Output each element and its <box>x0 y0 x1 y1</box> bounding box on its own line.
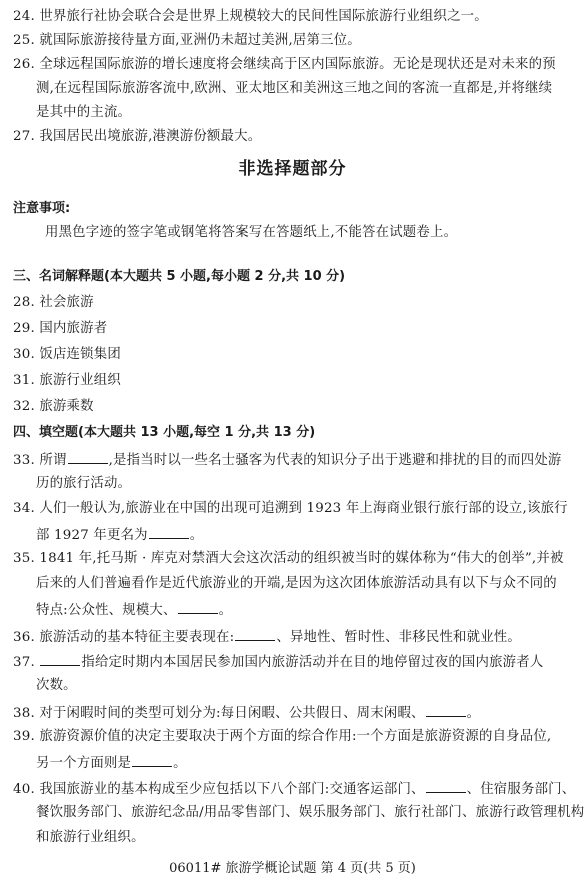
question-number: 25. <box>13 33 35 48</box>
question-text: 、住宿服务部门、 <box>467 782 576 797</box>
question-number: 28. <box>13 295 35 310</box>
question-26: 26. 全球远程国际旅游的增长速度将会继续高于区内国际旅游。无论是现状还是对未来… <box>13 56 556 74</box>
answer-blank <box>68 450 108 464</box>
question-text: 、异地性、暂时性、非移民性和就业性。 <box>276 630 521 645</box>
question-35: 35. 1841 年,托马斯 · 库克对禁酒大会这次活动的组织被当时的媒体称为“… <box>13 550 564 568</box>
question-36: 36. 旅游活动的基本特征主要表现在:、异地性、暂时性、非移民性和就业性。 <box>13 627 521 647</box>
question-text: 饭店连锁集团 <box>39 347 121 362</box>
answer-blank <box>426 779 466 793</box>
question-text: 旅游活动的基本特征主要表现在: <box>39 630 234 645</box>
question-34-line2: 部 1927 年更名为。 <box>36 525 203 545</box>
question-number: 33. <box>13 453 35 468</box>
question-35-line3: 特点:公众性、规模大、。 <box>36 600 232 620</box>
question-33-line2: 历的旅行活动。 <box>36 475 131 493</box>
question-26-line2: 测,在远程国际旅游客流中,欧洲、亚太地区和美洲这三地之间的客流一直都是,并将继续 <box>36 80 552 98</box>
question-39-line2: 另一个方面则是。 <box>36 753 187 773</box>
question-text: 特点:公众性、规模大、 <box>36 603 177 618</box>
answer-blank <box>235 627 275 641</box>
question-30: 30. 饭店连锁集团 <box>13 346 121 364</box>
question-number: 26. <box>13 57 35 72</box>
question-text: 旅游行业组织 <box>39 373 121 388</box>
question-text: 全球远程国际旅游的增长速度将会继续高于区内国际旅游。无论是现状还是对未来的预 <box>39 57 555 72</box>
question-text: 所谓 <box>39 453 66 468</box>
question-32: 32. 旅游乘数 <box>13 398 94 416</box>
question-35-line2: 后来的人们普遍看作是近代旅游业的开端,是因为这次团体旅游活动具有以下与众不同的 <box>36 575 557 593</box>
question-text: 。 <box>467 706 481 721</box>
section-4-title: 四、填空题(本大题共 13 小题,每空 1 分,共 13 分) <box>13 424 315 442</box>
question-40-line3: 和旅游行业组织。 <box>36 829 145 847</box>
question-text: 世界旅行社协会联合会是世界上规模较大的民间性国际旅游行业组织之一。 <box>39 9 488 24</box>
question-text: 指给定时期内本国居民参加国内旅游活动并在目的地停留过夜的国内旅游者人 <box>81 655 543 670</box>
question-27: 27. 我国居民出境旅游,港澳游份额最大。 <box>13 128 261 146</box>
question-number: 29. <box>13 321 35 336</box>
question-text: 。 <box>190 528 204 543</box>
question-text: 。 <box>173 756 187 771</box>
question-number: 35. <box>13 551 35 566</box>
question-number: 37. <box>13 655 35 670</box>
question-38: 38. 对于闲暇时间的类型可划分为:每日闲暇、公共假日、周末闲暇、。 <box>13 703 480 723</box>
question-33: 33. 所谓,是指当时以一些名士骚客为代表的知识分子出于逃避和排扰的目的而四处游 <box>13 450 562 470</box>
question-text: 人们一般认为,旅游业在中国的出现可追溯到 1923 年上海商业银行旅行部的设立,… <box>39 501 567 516</box>
question-40: 40. 我国旅游业的基本构成至少应包括以下八个部门:交通客运部门、、住宿服务部门… <box>13 779 575 799</box>
question-text: 。 <box>219 603 233 618</box>
question-number: 27. <box>13 129 35 144</box>
question-text: 部 1927 年更名为 <box>36 528 148 543</box>
question-number: 36. <box>13 630 35 645</box>
question-25: 25. 就国际旅游接待量方面,亚洲仍未超过美洲,居第三位。 <box>13 32 361 50</box>
question-28: 28. 社会旅游 <box>13 294 94 312</box>
question-29: 29. 国内旅游者 <box>13 320 107 338</box>
question-number: 32. <box>13 399 35 414</box>
part-heading: 非选择题部分 <box>0 158 585 180</box>
notice-body: 用黑色字迹的签字笔或钢笔将答案写在答题纸上,不能答在试题卷上。 <box>45 224 457 242</box>
question-text: 旅游乘数 <box>39 399 93 414</box>
question-26-line3: 是其中的主流。 <box>36 104 131 122</box>
question-number: 40. <box>13 782 35 797</box>
answer-blank <box>132 753 172 767</box>
question-34: 34. 人们一般认为,旅游业在中国的出现可追溯到 1923 年上海商业银行旅行部… <box>13 500 568 518</box>
question-text: 对于闲暇时间的类型可划分为:每日闲暇、公共假日、周末闲暇、 <box>39 706 424 721</box>
question-text: 我国旅游业的基本构成至少应包括以下八个部门:交通客运部门、 <box>39 782 424 797</box>
question-text: 社会旅游 <box>39 295 93 310</box>
question-text: 1841 年,托马斯 · 库克对禁酒大会这次活动的组织被当时的媒体称为“伟大的创… <box>39 551 563 566</box>
question-number: 34. <box>13 501 35 516</box>
notice-title: 注意事项: <box>13 200 70 218</box>
answer-blank <box>149 525 189 539</box>
question-text: 我国居民出境旅游,港澳游份额最大。 <box>39 129 261 144</box>
question-40-line2: 餐饮服务部门、旅游纪念品/用品零售部门、娱乐服务部门、旅行社部门、旅游行政管理机… <box>36 804 584 822</box>
question-text: 就国际旅游接待量方面,亚洲仍未超过美洲,居第三位。 <box>39 33 361 48</box>
question-31: 31. 旅游行业组织 <box>13 372 121 390</box>
section-3-title: 三、名词解释题(本大题共 5 小题,每小题 2 分,共 10 分) <box>13 268 345 286</box>
question-37-line2: 次数。 <box>36 677 77 695</box>
question-number: 31. <box>13 373 35 388</box>
question-text: 另一个方面则是 <box>36 756 131 771</box>
question-37: 37. 指给定时期内本国居民参加国内旅游活动并在目的地停留过夜的国内旅游者人 <box>13 652 543 672</box>
question-text: ,是指当时以一些名士骚客为代表的知识分子出于逃避和排扰的目的而四处游 <box>109 453 562 468</box>
question-text: 旅游资源价值的决定主要取决于两个方面的综合作用:一个方面是旅游资源的自身品位, <box>39 729 551 744</box>
answer-blank <box>426 703 466 717</box>
question-number: 24. <box>13 9 35 24</box>
question-number: 38. <box>13 706 35 721</box>
exam-page: 24. 世界旅行社协会联合会是世界上规模较大的民间性国际旅游行业组织之一。 25… <box>0 0 585 885</box>
answer-blank <box>178 600 218 614</box>
answer-blank <box>40 652 80 666</box>
question-number: 39. <box>13 729 35 744</box>
question-39: 39. 旅游资源价值的决定主要取决于两个方面的综合作用:一个方面是旅游资源的自身… <box>13 728 551 746</box>
page-footer: 06011# 旅游学概论试题 第 4 页(共 5 页) <box>0 860 585 878</box>
question-number: 30. <box>13 347 35 362</box>
question-text: 国内旅游者 <box>39 321 107 336</box>
question-24: 24. 世界旅行社协会联合会是世界上规模较大的民间性国际旅游行业组织之一。 <box>13 8 488 26</box>
